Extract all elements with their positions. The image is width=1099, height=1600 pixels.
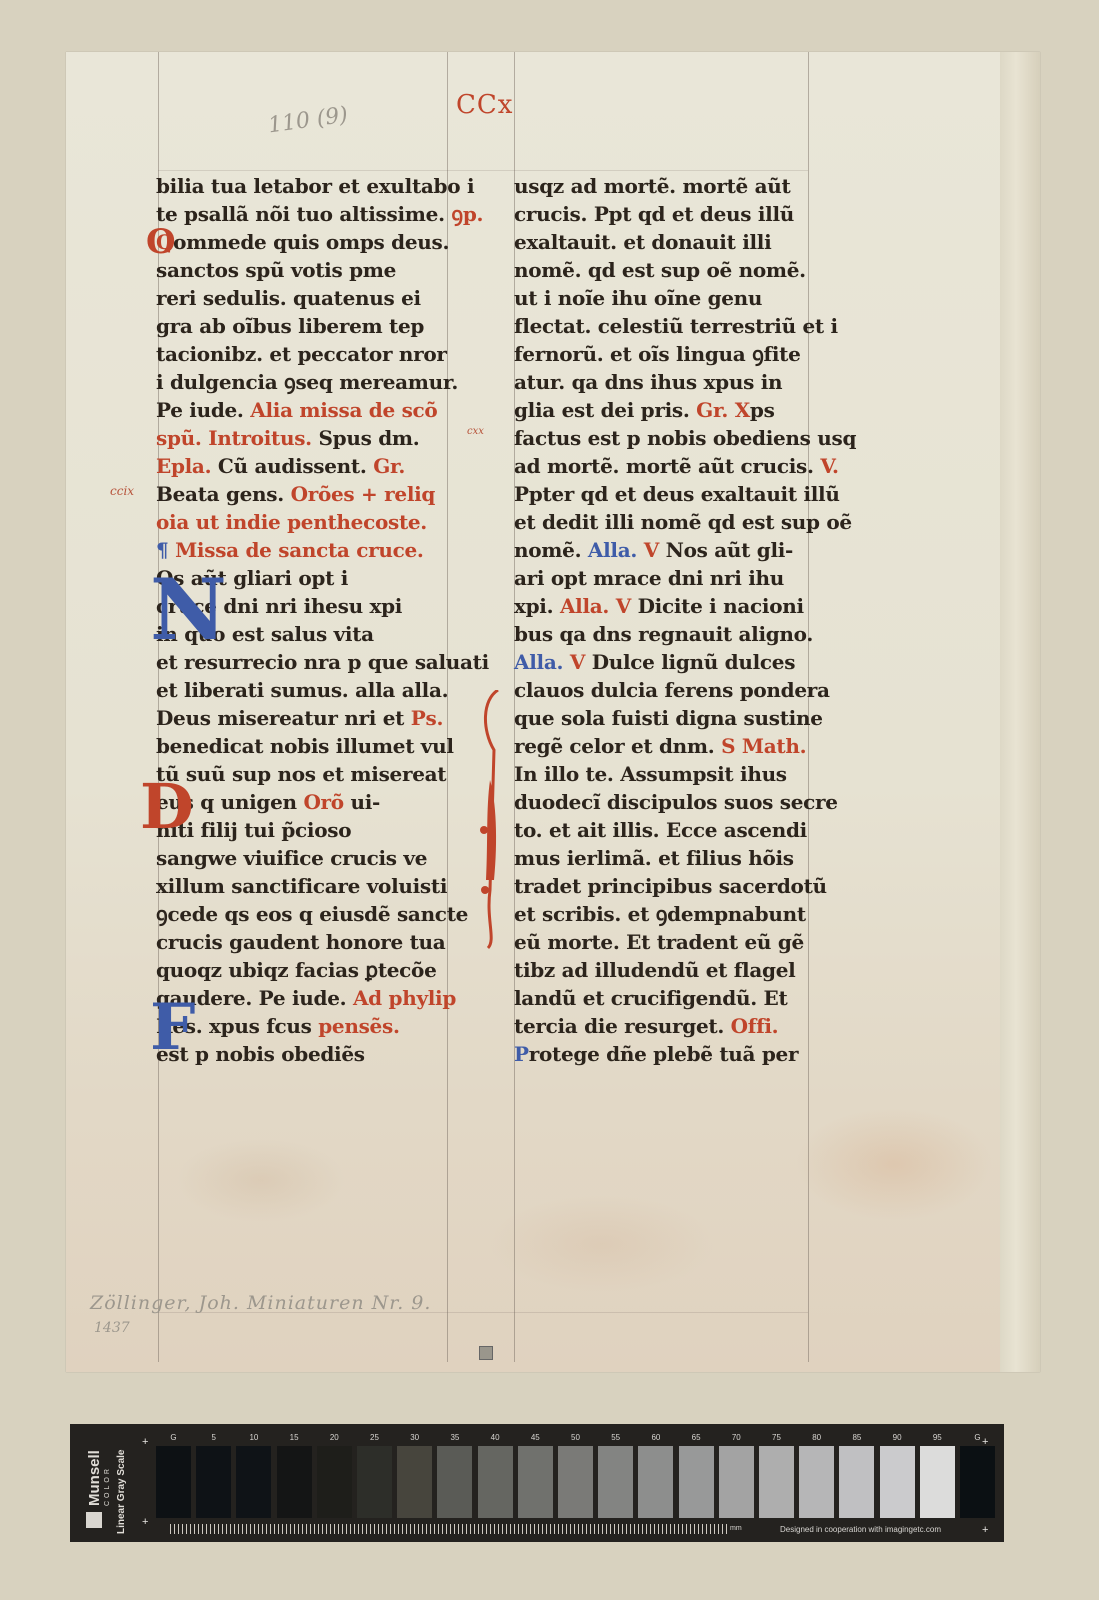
body-text: ari opt mrace dni nri ihu: [514, 566, 784, 590]
body-text: duodecĩ discipulos suos secre: [514, 790, 838, 814]
body-text: Cũ audissent.: [218, 454, 373, 478]
text-line: bus qa dns regnauit aligno.: [514, 620, 834, 648]
gray-patch: [437, 1446, 472, 1518]
body-text: nomẽ. qd est sup oẽ nomẽ.: [514, 258, 806, 282]
blue-text: ¶: [156, 538, 175, 562]
rubric-text: Gr.: [373, 454, 405, 478]
blue-text: P: [514, 1042, 529, 1066]
initial-D-red: D: [140, 776, 194, 838]
patch-label: 20: [317, 1433, 352, 1442]
text-line: usqz ad mortẽ. mortẽ aũt: [514, 172, 834, 200]
text-line: sanctos spũ votis pme: [156, 256, 476, 284]
body-text: nomẽ.: [514, 538, 588, 562]
patch-label: 90: [880, 1433, 915, 1442]
initial-I-red-penwork: [476, 690, 506, 950]
patch-label: 35: [437, 1433, 472, 1442]
brand-sub: COLOR: [104, 1466, 111, 1506]
blue-text: Alla.: [514, 650, 570, 674]
patch-label: 15: [277, 1433, 312, 1442]
body-text: Dicite i nacioni: [638, 594, 804, 618]
patch-label: 45: [518, 1433, 553, 1442]
gray-patch: [759, 1446, 794, 1518]
body-text: usqz ad mortẽ. mortẽ aũt: [514, 174, 790, 198]
text-line: bilia tua letabor et exultabo i: [156, 172, 476, 200]
body-text: crucis gaudent honore tua: [156, 930, 445, 954]
body-text: tacionibz. et peccator nror: [156, 342, 447, 366]
text-column-right: usqz ad mortẽ. mortẽ aũtcrucis. Ppt qd e…: [514, 172, 834, 1068]
text-line: sangwe viuifice crucis ve: [156, 844, 476, 872]
text-line: eũ morte. Et tradent eũ gẽ: [514, 928, 834, 956]
body-text: landũ et crucifigendũ. Et: [514, 986, 787, 1010]
rubric-text: ꝯp.: [451, 202, 483, 226]
body-text: to. et ait illis. Ecce ascendi: [514, 818, 807, 842]
body-text: xillum sanctificare voluisti: [156, 874, 447, 898]
color-calibration-strip: Munsell COLOR Linear Gray Scale + + + + …: [70, 1424, 1004, 1542]
margin-folio-ref: ccix: [110, 484, 134, 498]
text-line: clauos dulcia ferens pondera: [514, 676, 834, 704]
text-line: flectat. celestiũ terrestriũ et i: [514, 312, 834, 340]
body-text: xpi.: [514, 594, 560, 618]
patch-label: 25: [357, 1433, 392, 1442]
body-text: In illo te. Assumpsit ihus: [514, 762, 787, 786]
patch-label: 75: [759, 1433, 794, 1442]
body-text: Nos aũt gli-: [666, 538, 793, 562]
text-line: Ppter qd et deus exaltauit illũ: [514, 480, 834, 508]
gray-patch: [558, 1446, 593, 1518]
body-text: sanctos spũ votis pme: [156, 258, 396, 282]
body-text: Dulce lignũ dulces: [592, 650, 795, 674]
gray-patch: [799, 1446, 834, 1518]
rubric-text: Ps.: [411, 706, 443, 730]
body-text: benedicat nobis illumet vul: [156, 734, 454, 758]
text-line: In illo te. Assumpsit ihus: [514, 760, 834, 788]
text-line: Beata gens. Orões + reliq: [156, 480, 476, 508]
gray-patch: [679, 1446, 714, 1518]
text-line: eus q unigen Orõ ui-: [156, 788, 476, 816]
body-text: fernorũ. et oĩs lingua ꝯfite: [514, 342, 801, 366]
patch-label: G: [960, 1433, 995, 1442]
gray-patch: [598, 1446, 633, 1518]
text-line: benedicat nobis illumet vul: [156, 732, 476, 760]
body-text: et liberati sumus. alla alla.: [156, 678, 448, 702]
rubric-text: Missa de sancta cruce.: [175, 538, 423, 562]
text-line: factus est p nobis obediens usq: [514, 424, 834, 452]
text-line: duodecĩ discipulos suos secre: [514, 788, 834, 816]
body-text: quoqz ubiqz facias ꝑtecõe: [156, 958, 437, 982]
folio-number: CCx: [456, 90, 513, 120]
text-line: tercia die resurget. Offi.: [514, 1012, 834, 1040]
text-line: tradet principibus sacerdotũ: [514, 872, 834, 900]
body-text: eũ morte. Et tradent eũ gẽ: [514, 930, 804, 954]
body-text: ui-: [344, 790, 380, 814]
text-line: fernorũ. et oĩs lingua ꝯfite: [514, 340, 834, 368]
text-line: et dedit illi nomẽ qd est sup oẽ: [514, 508, 834, 536]
rubric-text: V: [644, 538, 666, 562]
scale-credit: Designed in cooperation with imagingetc.…: [780, 1525, 941, 1534]
gray-patch: [719, 1446, 754, 1518]
gray-patch: [236, 1446, 271, 1518]
text-line: spũ. Introitus. Spus dm.: [156, 424, 476, 452]
munsell-logo-icon: [86, 1512, 102, 1528]
rubric-text: Epla.: [156, 454, 218, 478]
text-line: gaudere. Pe iude. Ad phylip: [156, 984, 476, 1012]
body-text: crucis. Ppt qd et deus illũ: [514, 202, 794, 226]
body-text: sangwe viuifice crucis ve: [156, 846, 427, 870]
text-line: crucis. Ppt qd et deus illũ: [514, 200, 834, 228]
text-line: xillum sanctificare voluisti: [156, 872, 476, 900]
munsell-brand: Munsell COLOR Linear Gray Scale: [76, 1434, 136, 1538]
body-text: et scribis. et ꝯdempnabunt: [514, 902, 806, 926]
text-line: et scribis. et ꝯdempnabunt: [514, 900, 834, 928]
ruler-units: mm: [730, 1525, 742, 1532]
text-line: oia ut indie penthecoste.: [156, 508, 476, 536]
rubric-text: Orões + reliq: [291, 482, 436, 506]
mm-ruler: [170, 1524, 730, 1534]
body-text: et dedit illi nomẽ qd est sup oẽ: [514, 510, 852, 534]
text-line: Deus misereatur nri et Ps.: [156, 704, 476, 732]
patch-label: 50: [558, 1433, 593, 1442]
body-text: gra ab oĩbus liberem tep: [156, 314, 424, 338]
binding-stub: [1000, 52, 1040, 1372]
text-line: atur. qa dns ihus xpus in: [514, 368, 834, 396]
gray-patch: [960, 1446, 995, 1518]
rubric-text: Alia missa de scõ: [250, 398, 437, 422]
patch-label: 95: [920, 1433, 955, 1442]
text-line: nomẽ. qd est sup oẽ nomẽ.: [514, 256, 834, 284]
text-line: Epla. Cũ audissent. Gr.: [156, 452, 476, 480]
gray-patch: [638, 1446, 673, 1518]
initial-F-blue: F: [150, 996, 195, 1060]
patch-label: 60: [638, 1433, 673, 1442]
patch-label: 80: [799, 1433, 834, 1442]
body-text: Ppter qd et deus exaltauit illũ: [514, 482, 840, 506]
text-line: to. et ait illis. Ecce ascendi: [514, 816, 834, 844]
gray-patch: [277, 1446, 312, 1518]
gray-patch: [839, 1446, 874, 1518]
rubric-text: V: [570, 650, 592, 674]
patch-label: 70: [719, 1433, 754, 1442]
rubric-text: X: [735, 398, 750, 422]
patch-label: 55: [598, 1433, 633, 1442]
initial-O-red: O: [146, 222, 176, 262]
body-text: que sola fuisti digna sustine: [514, 706, 823, 730]
body-text: factus est p nobis obediens usq: [514, 426, 856, 450]
body-text: ꝯcede qs eos q eiusdẽ sancte: [156, 902, 468, 926]
patch-label: 65: [679, 1433, 714, 1442]
text-line: niti filij tui p̃cioso: [156, 816, 476, 844]
patch-label: 40: [478, 1433, 513, 1442]
gray-patch: [920, 1446, 955, 1518]
body-text: ommede quis omps deus.: [173, 230, 449, 254]
body-text: tibz ad illudendũ et flagel: [514, 958, 795, 982]
body-text: clauos dulcia ferens pondera: [514, 678, 830, 702]
registration-mark: +: [982, 1524, 988, 1536]
rubric-text: S Math.: [721, 734, 806, 758]
text-line: Protege dñe plebẽ tuã per: [514, 1040, 834, 1068]
text-line: gra ab oĩbus liberem tep: [156, 312, 476, 340]
text-line: glia est dei pris. Gr. Xps: [514, 396, 834, 424]
rubric-text: Alla. V: [560, 594, 638, 618]
rubric-text: V.: [820, 454, 838, 478]
text-line: quoqz ubiqz facias ꝑtecõe: [156, 956, 476, 984]
body-text: ut i noĩe ihu oĩne genu: [514, 286, 762, 310]
patch-label: 5: [196, 1433, 231, 1442]
gray-patch: [880, 1446, 915, 1518]
text-line: i dulgencia ꝯseq mereamur.: [156, 368, 476, 396]
text-line: Qommede quis omps deus.: [156, 228, 476, 256]
rubric-text: Orõ: [303, 790, 343, 814]
body-text: bus qa dns regnauit aligno.: [514, 622, 813, 646]
rubric-text: pensẽs.: [318, 1014, 399, 1038]
text-line: xpi. Alla. V Dicite i nacioni: [514, 592, 834, 620]
text-line: ut i noĩe ihu oĩne genu: [514, 284, 834, 312]
text-line: tibz ad illudendũ et flagel: [514, 956, 834, 984]
rubric-text: Ad phylip: [353, 986, 456, 1010]
gray-patch: [397, 1446, 432, 1518]
text-line: que sola fuisti digna sustine: [514, 704, 834, 732]
gray-patch: [317, 1446, 352, 1518]
registration-mark: +: [142, 1516, 148, 1528]
body-text: tradet principibus sacerdotũ: [514, 874, 827, 898]
body-text: Deus misereatur nri et: [156, 706, 411, 730]
text-line: tacionibz. et peccator nror: [156, 340, 476, 368]
text-line: est p nobis obediẽs: [156, 1040, 476, 1068]
body-text: ad mortẽ. mortẽ aũt crucis.: [514, 454, 820, 478]
body-text: mus ierlimã. et filius hõis: [514, 846, 794, 870]
ruling-line: [158, 170, 808, 171]
body-text: tercia die resurget.: [514, 1014, 731, 1038]
gray-patch: [478, 1446, 513, 1518]
text-line: Res. xpus fcus pensẽs.: [156, 1012, 476, 1040]
pencil-note: Zöllinger, Joh. Miniaturen Nr. 9.: [90, 1292, 431, 1314]
rubric-text: Offi.: [731, 1014, 779, 1038]
gray-patch: [156, 1446, 191, 1518]
body-text: Spus dm.: [319, 426, 420, 450]
text-line: reri sedulis. quatenus ei: [156, 284, 476, 312]
body-text: reri sedulis. quatenus ei: [156, 286, 421, 310]
text-line: landũ et crucifigendũ. Et: [514, 984, 834, 1012]
rubric-text: Gr.: [696, 398, 735, 422]
gray-patch: [357, 1446, 392, 1518]
text-line: tũ suũ sup nos et misereat: [156, 760, 476, 788]
body-text: bilia tua letabor et exultabo i: [156, 174, 474, 198]
patch-label: 30: [397, 1433, 432, 1442]
text-line: crucis gaudent honore tua: [156, 928, 476, 956]
text-line: ꝯcede qs eos q eiusdẽ sancte: [156, 900, 476, 928]
body-text: i dulgencia ꝯseq mereamur.: [156, 370, 458, 394]
body-text: Beata gens.: [156, 482, 291, 506]
pencil-year: 1437: [94, 1320, 130, 1336]
body-text: rotege dñe plebẽ tuã per: [529, 1042, 798, 1066]
gray-patch: [196, 1446, 231, 1518]
body-text: flectat. celestiũ terrestriũ et i: [514, 314, 838, 338]
patch-label: 85: [839, 1433, 874, 1442]
text-line: Pe iude. Alia missa de scõ: [156, 396, 476, 424]
gray-patch: [518, 1446, 553, 1518]
rubric-text: spũ. Introitus.: [156, 426, 319, 450]
scale-title: Linear Gray Scale: [116, 1450, 127, 1535]
body-text: glia est dei pris.: [514, 398, 696, 422]
body-text: tũ suũ sup nos et misereat: [156, 762, 446, 786]
blue-text: Alla.: [588, 538, 644, 562]
body-text: te psallã nõi tuo altissime.: [156, 202, 451, 226]
body-text: exaltauit. et donauit illi: [514, 230, 771, 254]
text-line: te psallã nõi tuo altissime. ꝯp.: [156, 200, 476, 228]
text-line: et liberati sumus. alla alla.: [156, 676, 476, 704]
text-line: exaltauit. et donauit illi: [514, 228, 834, 256]
library-stamp: [479, 1346, 493, 1360]
body-text: atur. qa dns ihus xpus in: [514, 370, 782, 394]
initial-N-blue: N: [150, 568, 227, 652]
text-line: regẽ celor et dnm. S Math.: [514, 732, 834, 760]
text-line: ari opt mrace dni nri ihu: [514, 564, 834, 592]
text-line: mus ierlimã. et filius hõis: [514, 844, 834, 872]
body-text: regẽ celor et dnm.: [514, 734, 721, 758]
body-text: ps: [750, 398, 775, 422]
body-text: Pe iude.: [156, 398, 250, 422]
text-line: ad mortẽ. mortẽ aũt crucis. V.: [514, 452, 834, 480]
rubric-text: oia ut indie penthecoste.: [156, 510, 427, 534]
brand-name: Munsell: [86, 1450, 103, 1506]
patch-label: 10: [236, 1433, 271, 1442]
registration-mark: +: [142, 1436, 148, 1448]
text-line: Alla. V Dulce lignũ dulces: [514, 648, 834, 676]
patch-label: G: [156, 1433, 191, 1442]
text-line: nomẽ. Alla. V Nos aũt gli-: [514, 536, 834, 564]
